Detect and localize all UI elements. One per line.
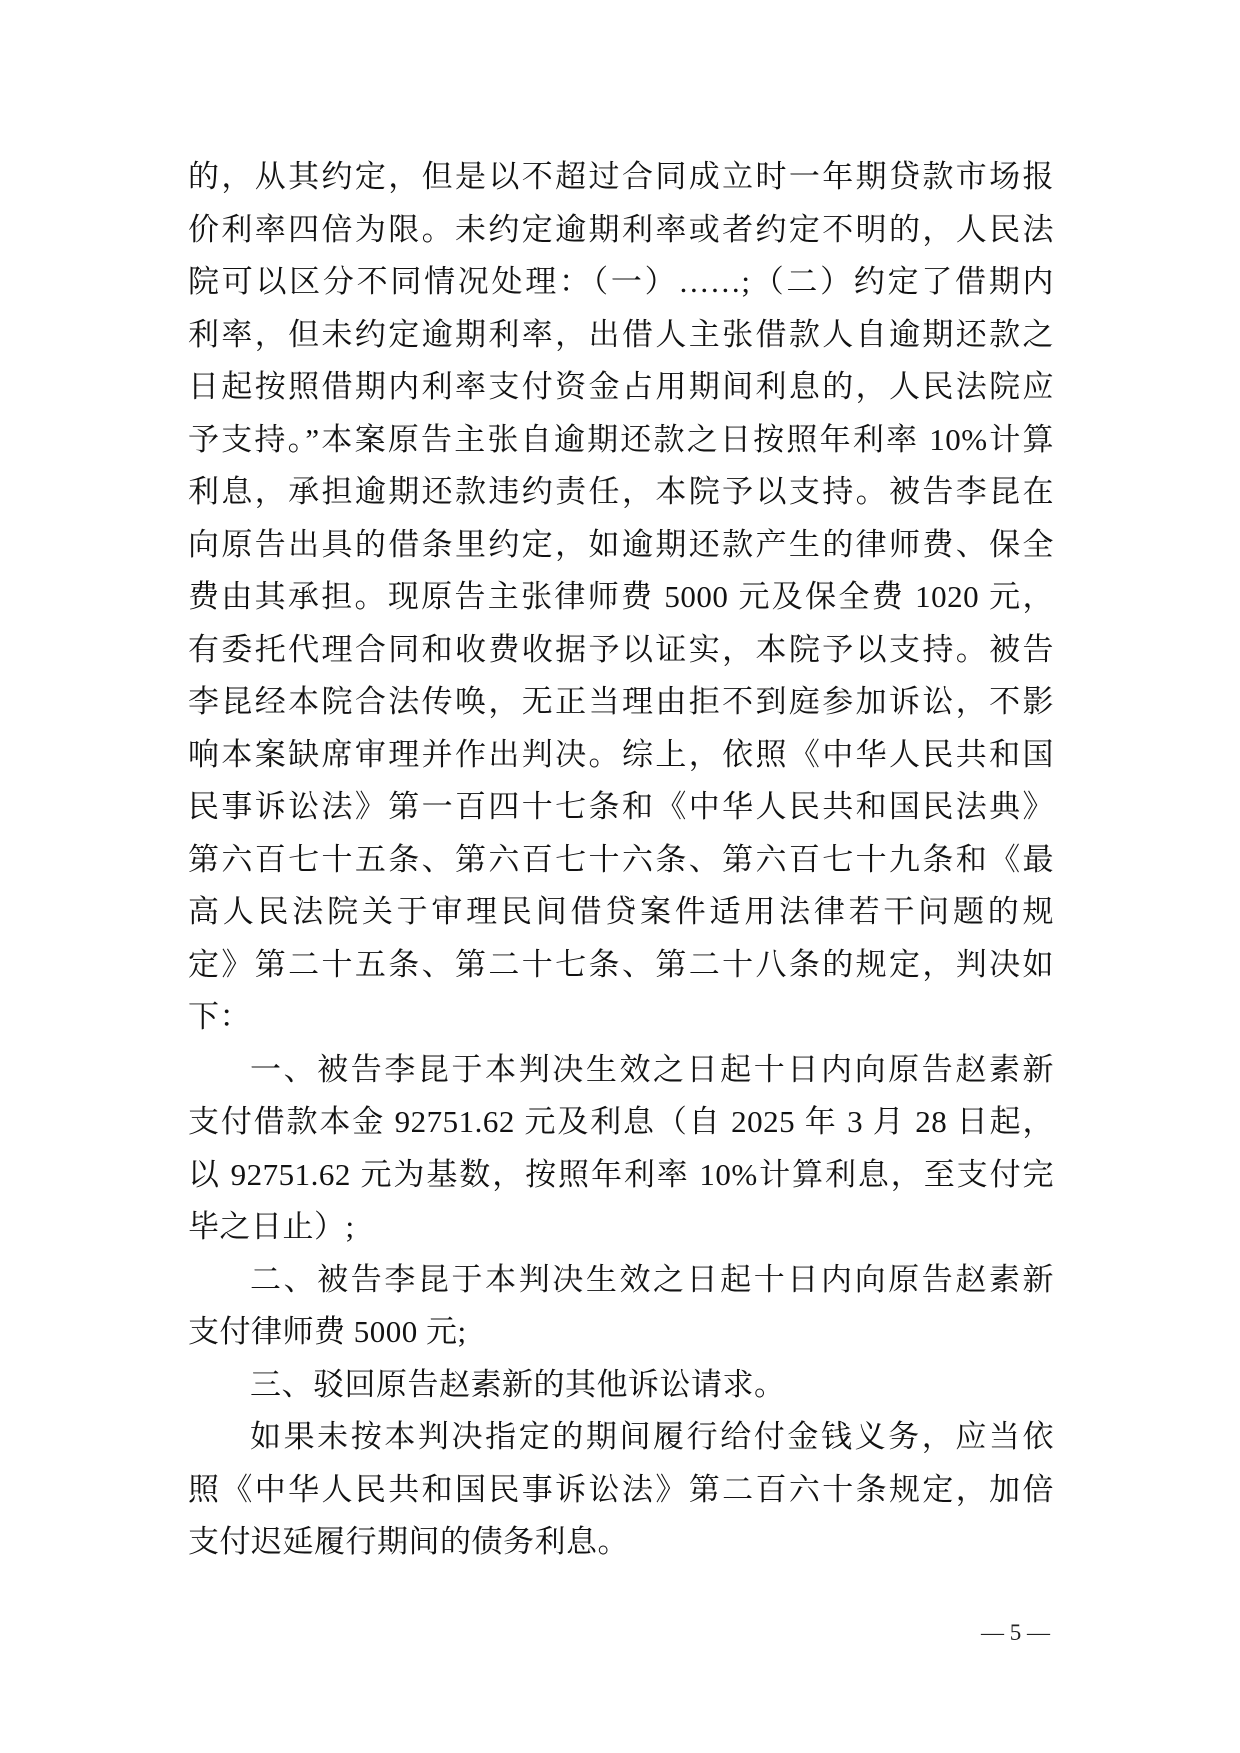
judgment-line: 如果未按本判决指定的期间履行给付金钱义务，应当依 <box>188 1411 1054 1464</box>
judgment-line: 定》第二十五条、第二十七条、第二十八条的规定，判决如 <box>188 939 1054 992</box>
judgment-line: 支付律师费 5000 元; <box>188 1306 1054 1359</box>
judgment-line: 下： <box>188 991 1054 1044</box>
judgment-line: 毕之日止）; <box>188 1201 1054 1254</box>
judgment-body: 的，从其约定，但是以不超过合同成立时一年期贷款市场报 价利率四倍为限。未约定逾期… <box>188 151 1054 1569</box>
judgment-line: 第六百七十五条、第六百七十六条、第六百七十九条和《最 <box>188 834 1054 887</box>
judgment-page: 的，从其约定，但是以不超过合同成立时一年期贷款市场报 价利率四倍为限。未约定逾期… <box>0 0 1240 1753</box>
page-number: — 5 — <box>981 1619 1071 1647</box>
judgment-line: 向原告出具的借条里约定，如逾期还款产生的律师费、保全 <box>188 519 1054 572</box>
judgment-line: 响本案缺席审理并作出判决。综上，依照《中华人民共和国 <box>188 729 1054 782</box>
judgment-line: 照《中华人民共和国民事诉讼法》第二百六十条规定，加倍 <box>188 1464 1054 1517</box>
judgment-line: 价利率四倍为限。未约定逾期利率或者约定不明的，人民法 <box>188 204 1054 257</box>
judgment-line: 有委托代理合同和收费收据予以证实，本院予以支持。被告 <box>188 624 1054 677</box>
judgment-line: 李昆经本院合法传唤，无正当理由拒不到庭参加诉讼，不影 <box>188 676 1054 729</box>
judgment-line: 予支持。”本案原告主张自逾期还款之日按照年利率 10%计算 <box>188 414 1054 467</box>
judgment-line: 院可以区分不同情况处理：（一）……;（二）约定了借期内 <box>188 256 1054 309</box>
judgment-line: 以 92751.62 元为基数，按照年利率 10%计算利息，至支付完 <box>188 1149 1054 1202</box>
judgment-line: 日起按照借期内利率支付资金占用期间利息的，人民法院应 <box>188 361 1054 414</box>
judgment-line: 高人民法院关于审理民间借贷案件适用法律若干问题的规 <box>188 886 1054 939</box>
judgment-line-item-2: 二、被告李昆于本判决生效之日起十日内向原告赵素新 <box>188 1254 1054 1307</box>
judgment-line: 民事诉讼法》第一百四十七条和《中华人民共和国民法典》 <box>188 781 1054 834</box>
judgment-line-item-3: 三、驳回原告赵素新的其他诉讼请求。 <box>188 1359 1054 1412</box>
judgment-line: 支付借款本金 92751.62 元及利息（自 2025 年 3 月 28 日起， <box>188 1096 1054 1149</box>
judgment-line: 的，从其约定，但是以不超过合同成立时一年期贷款市场报 <box>188 151 1054 204</box>
judgment-line: 支付迟延履行期间的债务利息。 <box>188 1516 1054 1569</box>
judgment-line: 费由其承担。现原告主张律师费 5000 元及保全费 1020 元， <box>188 571 1054 624</box>
judgment-line: 利息，承担逾期还款违约责任，本院予以支持。被告李昆在 <box>188 466 1054 519</box>
judgment-line: 利率，但未约定逾期利率，出借人主张借款人自逾期还款之 <box>188 309 1054 362</box>
judgment-line-item-1: 一、被告李昆于本判决生效之日起十日内向原告赵素新 <box>188 1044 1054 1097</box>
